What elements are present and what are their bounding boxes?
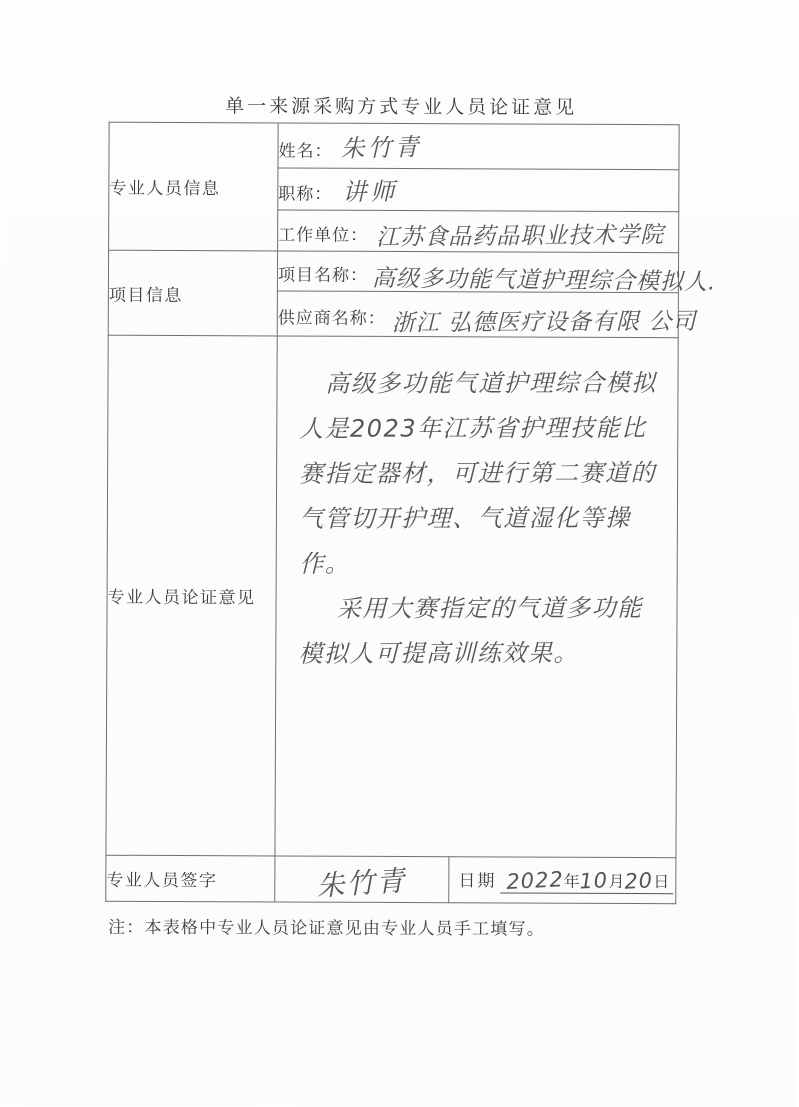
opinion-paragraph-1: 高级多功能气道护理综合模拟人是2023年江苏省护理技能比赛指定器材，可进行第二赛… — [299, 361, 662, 587]
form-table: 专业人员信息 姓名：朱竹青 职称：讲师 工作单位：江苏食品药品职业技术学院 项目… — [105, 122, 679, 904]
cell-signature: 朱竹青 — [275, 856, 449, 903]
scanned-page: 单一来源采购方式专业人员论证意见 专业人员信息 姓名：朱竹青 职称：讲师 工作单… — [0, 0, 799, 1107]
employer-value-handwritten: 江苏食品药品职业技术学院 — [376, 216, 664, 252]
date-group: 日期 2022 年 10 月 20 日 — [458, 866, 665, 894]
page-title: 单一来源采购方式专业人员论证意见 — [2, 90, 799, 120]
section-label-opinion: 专业人员论证意见 — [106, 335, 277, 856]
date-day-unit: 日 — [653, 869, 669, 892]
supplier-value-handwritten: 浙江 弘德医疗设备有限 公司 — [392, 302, 697, 337]
name-label: 姓名： — [278, 141, 332, 160]
section-label-project: 项目信息 — [108, 250, 277, 336]
date-month-unit: 月 — [608, 869, 624, 892]
signature-value-handwritten: 朱竹青 — [316, 858, 408, 904]
cell-date: 日期 2022 年 10 月 20 日 — [449, 857, 676, 904]
row-opinion: 专业人员论证意见 高级多功能气道护理综合模拟人是2023年江苏省护理技能比赛指定… — [106, 335, 678, 857]
cell-project-name: 项目名称：高级多功能气道护理综合模拟人. — [277, 251, 678, 293]
date-day-value-handwritten: 20 — [624, 868, 654, 893]
section-label-personnel: 专业人员信息 — [109, 122, 279, 251]
cell-opinion: 高级多功能气道护理综合模拟人是2023年江苏省护理技能比赛指定器材，可进行第二赛… — [275, 336, 678, 858]
job-title-label: 职称： — [278, 184, 332, 203]
job-title-value-handwritten: 讲师 — [342, 172, 398, 208]
employer-label: 工作单位： — [278, 225, 368, 244]
section-label-signature: 专业人员签字 — [106, 855, 275, 902]
cell-supplier: 供应商名称：浙江 弘德医疗设备有限 公司 — [277, 291, 678, 338]
project-name-label: 项目名称： — [278, 265, 368, 284]
cell-employer: 工作单位：江苏食品药品职业技术学院 — [278, 210, 679, 253]
opinion-paragraph-2: 采用大赛指定的气道多功能模拟人可提高训练效果。 — [298, 586, 660, 677]
name-value-handwritten: 朱竹青 — [340, 127, 422, 164]
footnote: 注：本表格中专业人员论证意见由专业人员手工填写。 — [108, 913, 545, 940]
date-year-unit: 年 — [564, 869, 580, 892]
date-year-value-handwritten: 2022 — [506, 867, 565, 894]
row-name: 专业人员信息 姓名：朱竹青 — [109, 122, 679, 169]
cell-name: 姓名：朱竹青 — [278, 123, 679, 170]
date-underline: 2022 年 10 月 20 日 — [500, 867, 673, 894]
date-month-value-handwritten: 10 — [579, 868, 609, 893]
row-signature: 专业人员签字 朱竹青 日期 2022 年 10 月 20 日 — [106, 855, 676, 903]
row-project-name: 项目信息 项目名称：高级多功能气道护理综合模拟人. — [108, 250, 678, 292]
cell-job-title: 职称：讲师 — [278, 168, 679, 212]
supplier-label: 供应商名称： — [278, 308, 386, 327]
date-label: 日期 — [458, 866, 496, 891]
project-name-value-handwritten: 高级多功能气道护理综合模拟人. — [372, 260, 717, 297]
